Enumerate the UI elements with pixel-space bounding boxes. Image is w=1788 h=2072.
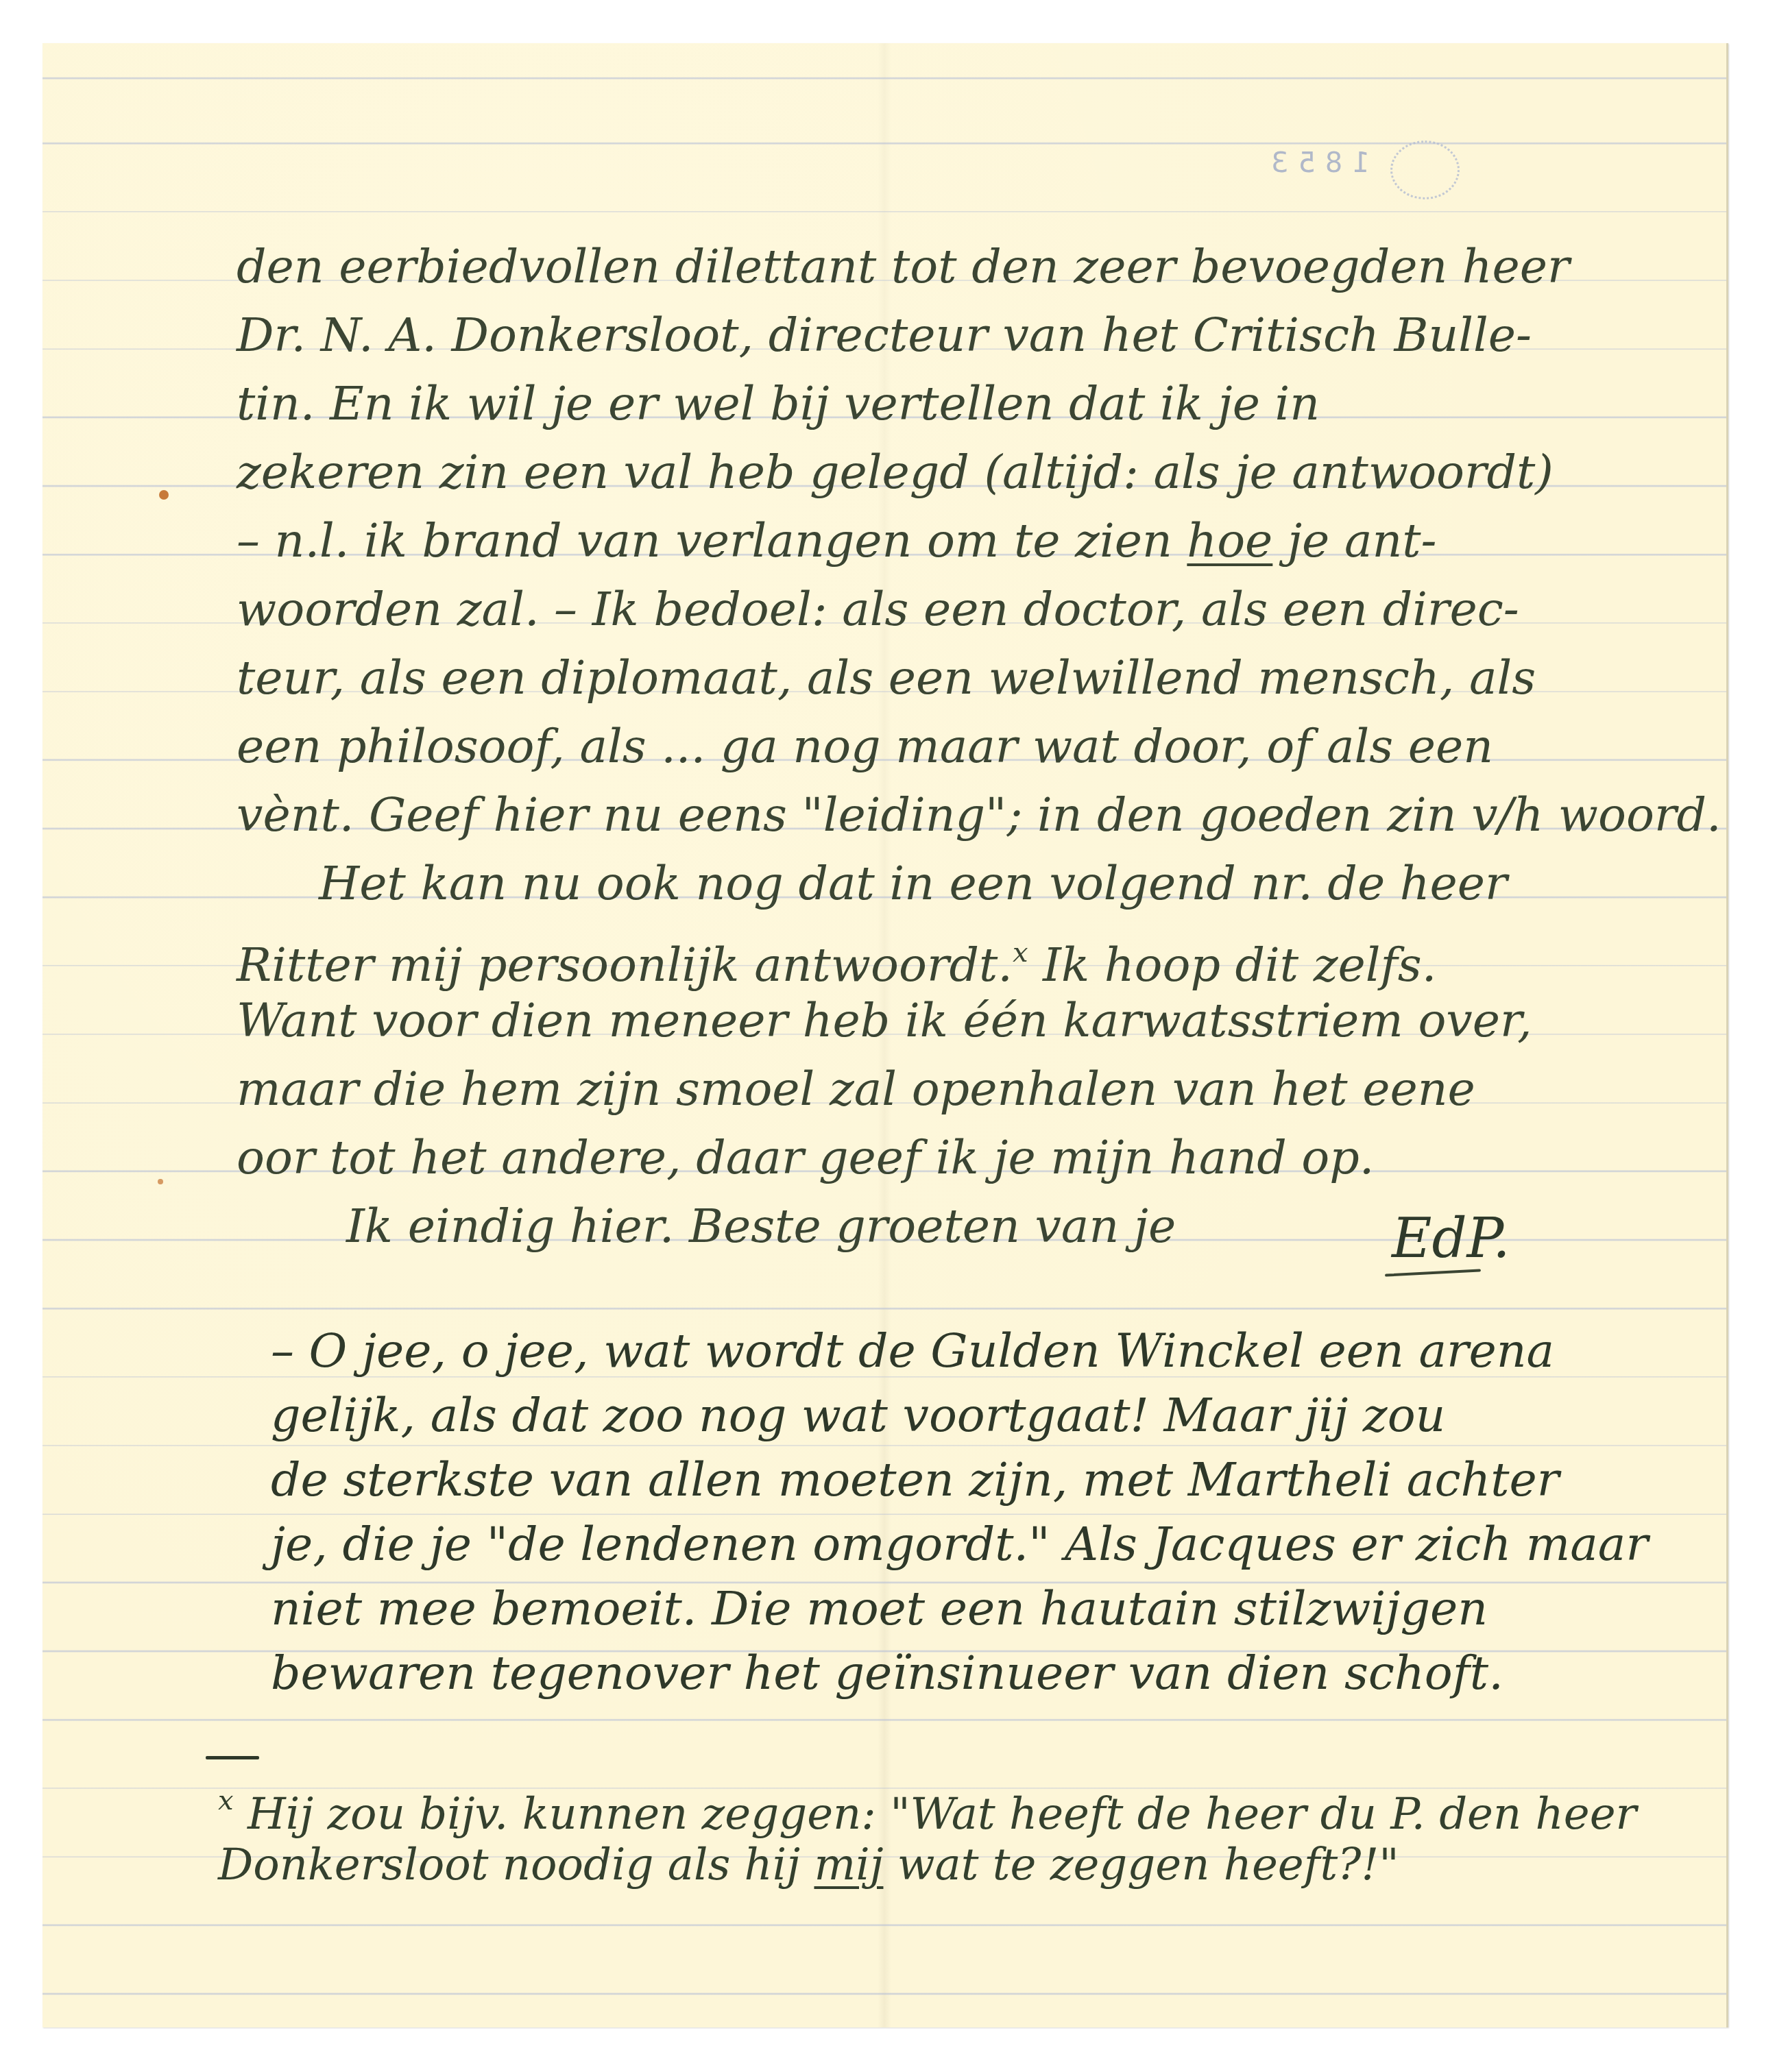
footnote-marker: x xyxy=(218,1785,234,1816)
text-span: Ritter mij persoonlijk antwoordt. xyxy=(237,938,1013,992)
body-line: – n.l. ik brand van verlangen om te zien… xyxy=(237,507,1731,576)
body-line: oor tot het andere, daar geef ik je mijn… xyxy=(237,1124,1731,1193)
body-line: Ritter mij persoonlijk antwoordt.x Ik ho… xyxy=(237,918,1731,987)
text-span: je ant- xyxy=(1272,514,1436,568)
ink-spot xyxy=(159,490,169,500)
body-line: Dr. N. A. Donkersloot, directeur van het… xyxy=(237,302,1731,370)
archive-stamp-seal-icon xyxy=(1390,141,1460,199)
archive-stamp-number: 1853 xyxy=(1261,147,1370,179)
underlined-word: mij xyxy=(814,1840,883,1890)
footnote-divider xyxy=(206,1756,259,1759)
text-span: wat te zeggen heeft?!" xyxy=(883,1840,1399,1890)
postscript-line: bewaren tegenover het geïnsinueer van di… xyxy=(271,1642,1731,1706)
body-line: vènt. Geef hier nu eens "leiding"; in de… xyxy=(237,781,1731,850)
text-span: Ik hoop dit zelfs. xyxy=(1028,938,1436,992)
postscript-line: niet mee bemoeit. Die moet een hautain s… xyxy=(271,1577,1731,1642)
underlined-word: hoe xyxy=(1187,514,1272,568)
body-line: woorden zal. – Ik bedoel: als een doctor… xyxy=(237,576,1731,644)
body-line: tin. En ik wil je er wel bij vertellen d… xyxy=(237,370,1731,439)
body-line: een philosoof, als ... ga nog maar wat d… xyxy=(237,713,1731,781)
text-span: – n.l. ik brand van verlangen om te zien xyxy=(237,514,1187,568)
ink-spot xyxy=(158,1179,163,1184)
signature: EdP. xyxy=(1392,1206,1510,1270)
text-span: Donkersloot noodig als hij xyxy=(218,1840,814,1890)
postscript-line: gelijk, als dat zoo nog wat voortgaat! M… xyxy=(271,1384,1731,1448)
body-line: zekeren zin een val heb gelegd (altijd: … xyxy=(237,439,1731,507)
postscript-line: – O jee, o jee, wat wordt de Gulden Winc… xyxy=(271,1319,1731,1384)
footnote: x Hij zou bijv. kunnen zeggen: "Wat heef… xyxy=(218,1768,1726,1897)
body-line: teur, als een diplomaat, als een welwill… xyxy=(237,644,1731,713)
footnote-line: x Hij zou bijv. kunnen zeggen: "Wat heef… xyxy=(218,1768,1726,1833)
body-line: Het kan nu ook nog dat in een volgend nr… xyxy=(237,850,1731,918)
body-line: maar die hem zijn smoel zal openhalen va… xyxy=(237,1056,1731,1124)
text-span: Hij zou bijv. kunnen zeggen: "Wat heeft … xyxy=(247,1789,1636,1840)
postscript-line: je, die je "de lendenen omgordt." Als Ja… xyxy=(271,1513,1731,1577)
footnote-marker: x xyxy=(1013,937,1028,968)
body-line: den eerbiedvollen dilettant tot den zeer… xyxy=(237,233,1731,302)
postscript-line: de sterkste van allen moeten zijn, met M… xyxy=(271,1448,1731,1513)
postscript: – O jee, o jee, wat wordt de Gulden Winc… xyxy=(271,1319,1731,1706)
footnote-line: Donkersloot noodig als hij mij wat te ze… xyxy=(218,1833,1726,1897)
letter-body: den eerbiedvollen dilettant tot den zeer… xyxy=(237,233,1731,1261)
body-line: Want voor dien meneer heb ik één karwats… xyxy=(237,987,1731,1056)
